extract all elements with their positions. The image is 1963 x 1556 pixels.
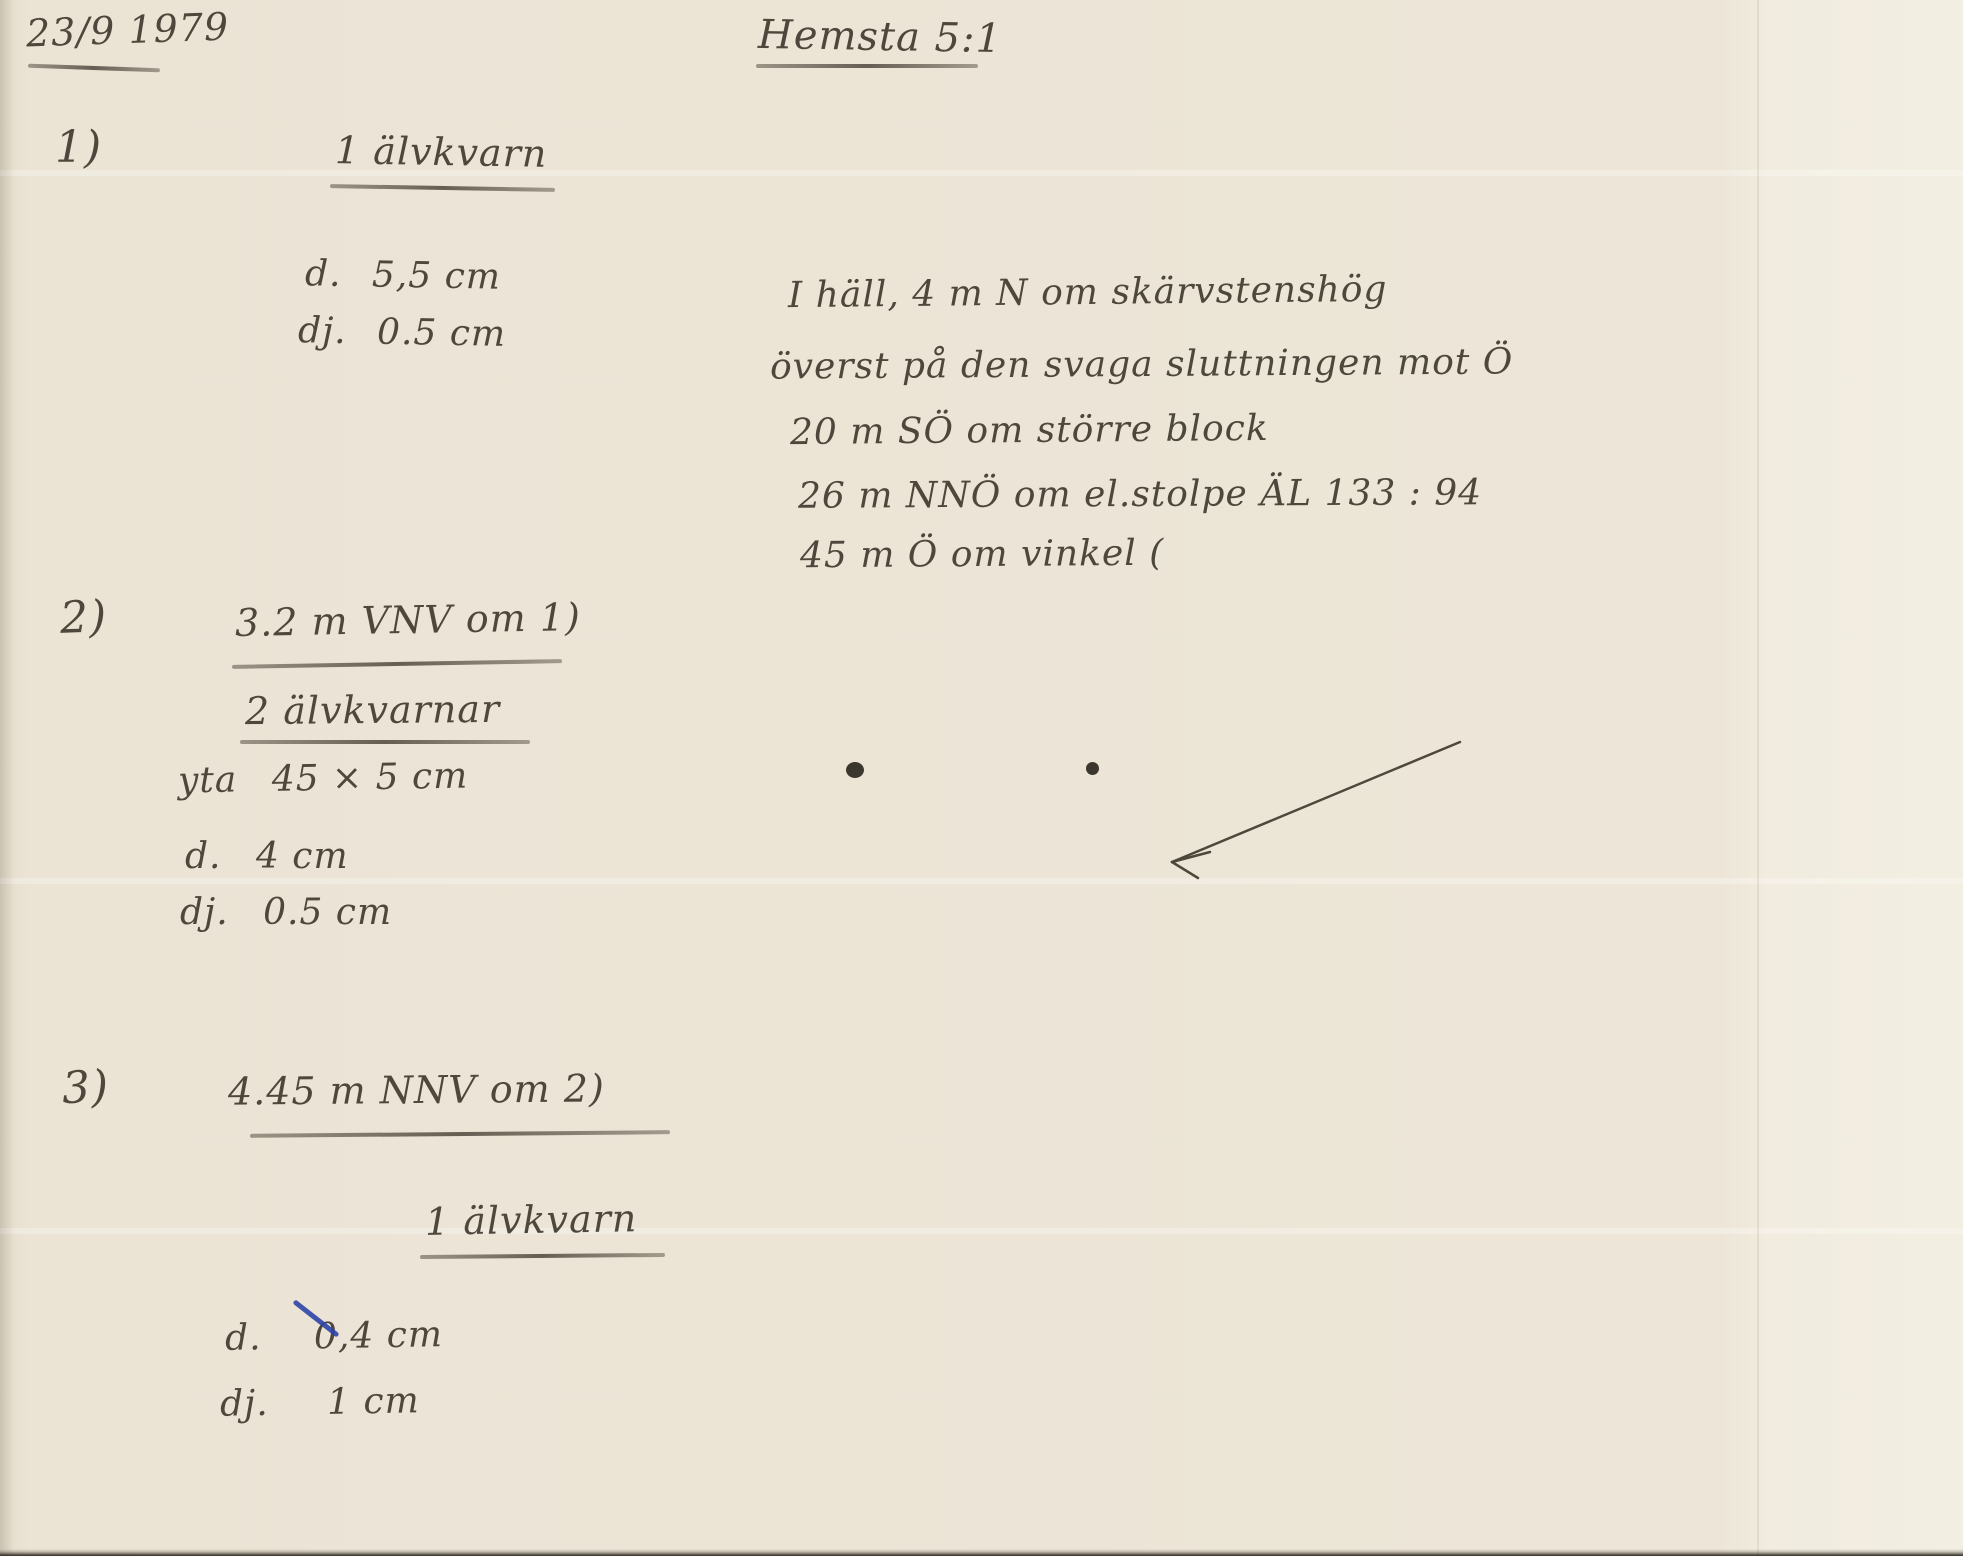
measure-label: d. — [185, 836, 222, 877]
page-edge-shadow — [0, 1549, 1963, 1556]
title-underline — [756, 64, 978, 68]
scanned-note-page: 23/9 1979 Hemsta 5:1 1) 1 älvkvarn d. 5,… — [0, 0, 1963, 1556]
section-3-measure-depth: dj. 1 cm — [220, 1380, 420, 1424]
measure-label: dj. — [298, 310, 347, 352]
measure-value: 4 cm — [256, 836, 349, 877]
measure-value: 45 × 5 cm — [271, 755, 468, 799]
cup-mark-dot-left — [846, 762, 864, 778]
section-2-heading-underline — [240, 740, 530, 744]
section-1-find-heading: 1 älvkvarn — [335, 128, 548, 176]
page-title: Hemsta 5:1 — [758, 12, 1003, 62]
section-3-find-heading: 1 älvkvarn — [425, 1196, 638, 1244]
measure-value: 0.5 cm — [377, 312, 507, 355]
location-line: 45 m Ö om vinkel ( — [800, 533, 1164, 577]
section-2-measure-depth: dj. 0.5 cm — [180, 892, 392, 933]
measure-value: 5,5 cm — [372, 254, 502, 297]
location-line: I häll, 4 m N om skärvstenshög — [788, 269, 1388, 316]
section-2-find-heading: 2 älvkvarnar — [245, 687, 501, 733]
measure-value: 0.5 cm — [263, 892, 392, 933]
section-3-position-underline — [250, 1130, 670, 1138]
section-3-heading-underline — [420, 1253, 665, 1259]
section-1-marker: 1) — [55, 122, 102, 173]
page-edge-shadow — [0, 0, 14, 1556]
section-2-measure-area: yta 45 × 5 cm — [178, 755, 469, 801]
measure-label: dj. — [180, 892, 229, 933]
scan-artifact-line — [0, 1228, 1963, 1234]
scan-artifact-line — [0, 878, 1963, 884]
section-2-marker: 2) — [59, 591, 108, 644]
section-3-measure-diameter: d. 0,4 cm — [225, 1314, 444, 1359]
section-3-position-heading: 4.45 m NNV om 2) — [228, 1066, 605, 1113]
measure-label: yta — [178, 760, 238, 802]
section-2-position-underline — [232, 659, 562, 669]
section-1-heading-underline — [330, 184, 555, 192]
section-2-position-heading: 3.2 m VNV om 1) — [235, 595, 582, 645]
measure-value: 1 cm — [327, 1380, 420, 1423]
section-1-measure-diameter: d. 5,5 cm — [305, 253, 502, 297]
date-underline — [28, 64, 160, 73]
location-line: 26 m NNÖ om el.stolpe ÄL 133 : 94 — [798, 472, 1482, 517]
section-1-measure-depth: dj. 0.5 cm — [298, 310, 507, 355]
paper-crease — [1757, 0, 1759, 1556]
location-line: överst på den svaga sluttningen mot Ö — [770, 341, 1514, 387]
cup-mark-dot-right — [1086, 762, 1099, 775]
section-3-marker: 3) — [61, 1061, 111, 1114]
measure-label: d. — [225, 1317, 262, 1359]
location-line: 20 m SÖ om större block — [790, 408, 1269, 453]
section-2-measure-diameter: d. 4 cm — [185, 836, 349, 877]
measure-label: dj. — [220, 1383, 269, 1425]
measure-label: d. — [305, 253, 342, 295]
date: 23/9 1979 — [25, 4, 230, 55]
pencil-arrow-icon — [1140, 730, 1480, 890]
scan-artifact-line — [0, 170, 1963, 176]
